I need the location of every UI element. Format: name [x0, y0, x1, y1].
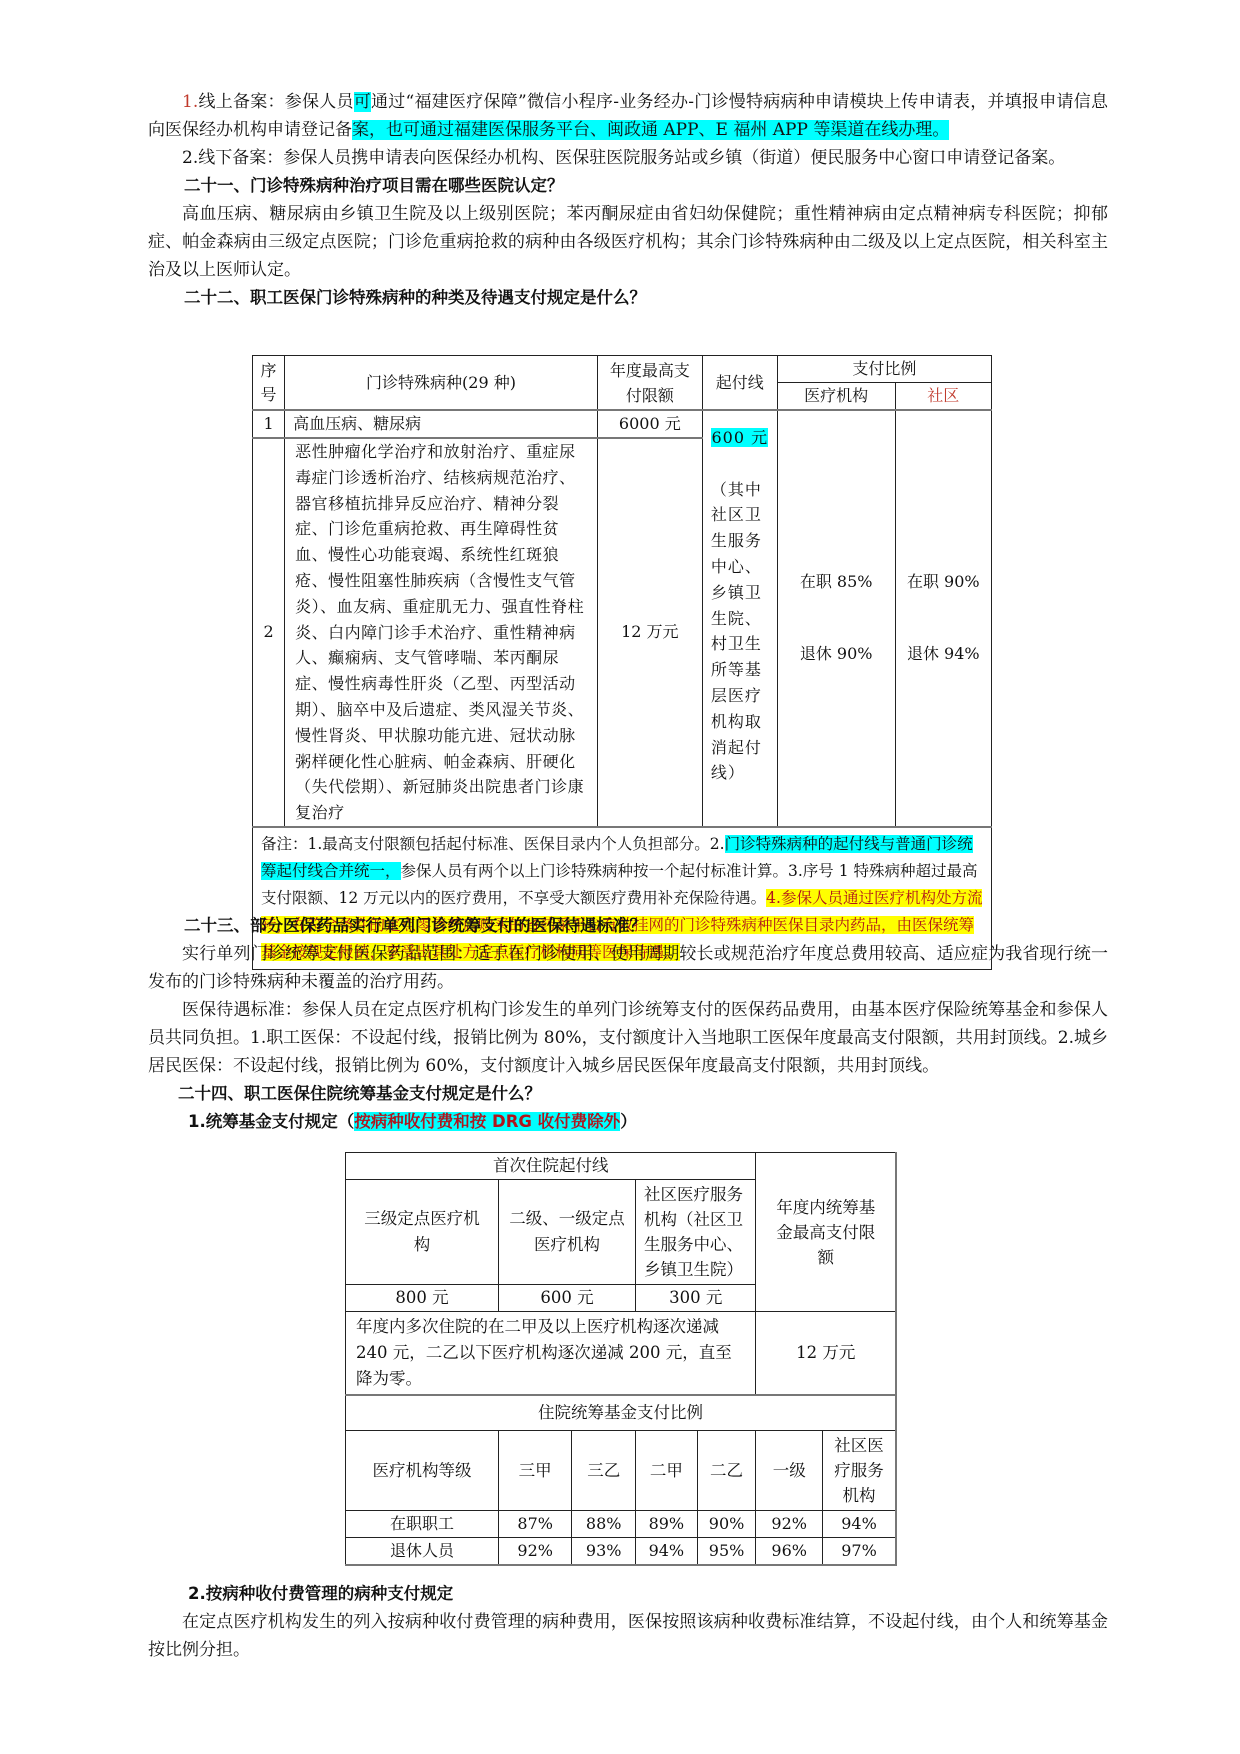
item-number: 1.	[182, 92, 198, 112]
section-24-sub-1: 1.统筹基金支付规定（按病种收付费和按 DRG 收付费除外）	[148, 1108, 1108, 1136]
grade-2a: 二甲	[636, 1431, 698, 1511]
pct-cell: 97%	[822, 1538, 896, 1566]
table-row: 退休人员 92% 93% 94% 95% 96% 97%	[346, 1538, 897, 1566]
document-page-middle: 二十三、部分医保药品实行单列门诊统筹支付的医保待遇标准？ 实行单列门诊统筹支付医…	[148, 912, 1108, 1136]
section-24-sub-2-body: 在定点医疗机构发生的列入按病种收付费管理的病种费用，医保按照该病种收费标准结算，…	[148, 1608, 1108, 1664]
section-23-para-1: 实行单列门诊统筹支付医保药品范围：适于在门诊使用、使用周期较长或规范治疗年度总费…	[148, 940, 1108, 996]
pct-cell: 95%	[697, 1538, 756, 1566]
community-ratio-cell: 在职 90% 退休 94%	[895, 410, 991, 827]
grade-community: 社区医疗服务机构	[822, 1431, 896, 1511]
threshold-community: 300 元	[636, 1285, 756, 1312]
medical-ratio-active: 在职 85%	[782, 569, 891, 595]
header-community: 社区	[895, 383, 991, 411]
grade-3a: 三甲	[498, 1431, 571, 1511]
online-filing-text: 线上备案：参保人员	[198, 92, 354, 112]
pct-cell: 89%	[636, 1511, 698, 1538]
section-21-body: 高血压病、糖尿病由乡镇卫生院及以上级别医院；苯丙酮尿症由省妇幼保健院；重性精神病…	[148, 200, 1108, 284]
first-threshold-header: 首次住院起付线	[346, 1153, 756, 1180]
header-seq: 序号	[253, 356, 285, 411]
special-disease-table: 序号 门诊特殊病种(29 种) 年度最高支付限额 起付线 支付比例 医疗机构 社…	[252, 355, 992, 970]
section-22-title: 二十二、职工医保门诊特殊病种的种类及待遇支付规定是什么？	[148, 284, 1108, 312]
header-disease: 门诊特殊病种(29 种)	[285, 356, 598, 411]
offline-filing-paragraph: 2.线下备案：参保人员携申请表向医保经办机构、医保驻医院服务站或乡镇（街道）便民…	[148, 144, 1108, 172]
note-part-1: 备注：1.最高支付限额包括起付标准、医保目录内个人负担部分。2.	[261, 835, 725, 853]
sub-1-pre: 1.统筹基金支付规定（	[188, 1112, 354, 1131]
row-disease-list: 恶性肿瘤化学治疗和放射治疗、重症尿毒症门诊透析治疗、结核病规范治疗、器官移植抗排…	[285, 438, 598, 827]
row-label: 在职职工	[346, 1511, 499, 1538]
pct-cell: 92%	[498, 1538, 571, 1566]
document-page-bottom: 2.按病种收付费管理的病种支付规定 在定点医疗机构发生的列入按病种收付费管理的病…	[148, 1580, 1108, 1664]
hospitalization-table: 首次住院起付线 年度内统筹基金最高支付限额 三级定点医疗机构 二级、一级定点医疗…	[345, 1152, 897, 1566]
section-23-title: 二十三、部分医保药品实行单列门诊统筹支付的医保待遇标准？	[148, 912, 1108, 940]
grade-1: 一级	[756, 1431, 823, 1511]
table-row: 在职职工 87% 88% 89% 90% 92% 94%	[346, 1511, 897, 1538]
pct-cell: 93%	[572, 1538, 636, 1566]
pct-cell: 87%	[498, 1511, 571, 1538]
level-tier-3: 三级定点医疗机构	[346, 1180, 499, 1285]
section-24-sub-2-title: 2.按病种收付费管理的病种支付规定	[148, 1580, 1108, 1608]
pct-cell: 94%	[822, 1511, 896, 1538]
section-21-title: 二十一、门诊特殊病种治疗项目需在哪些医院认定？	[148, 172, 1108, 200]
online-channels-highlight: 案，也可通过福建医保服务平台、闽政通 APP、E 福州 APP 等渠道在线办理。	[352, 120, 949, 140]
threshold-note: （其中社区卫生服务中心、乡镇卫生院、村卫生所等基层医疗机构取消起付线）	[707, 477, 773, 787]
level-community: 社区医疗服务机构（社区卫生服务中心、乡镇卫生院）	[636, 1180, 756, 1285]
section-23-para-2: 医保待遇标准：参保人员在定点医疗机构门诊发生的单列门诊统筹支付的医保药品费用，由…	[148, 996, 1108, 1080]
header-payment-ratio: 支付比例	[777, 356, 991, 383]
section-24-title: 二十四、职工医保住院统筹基金支付规定是什么？	[148, 1080, 1108, 1108]
threshold-tier-2-1: 600 元	[498, 1285, 635, 1312]
community-ratio-active: 在职 90%	[900, 569, 987, 595]
pct-cell: 94%	[636, 1538, 698, 1566]
threshold-tier-3: 800 元	[346, 1285, 499, 1312]
threshold-value: 600 元	[711, 428, 768, 447]
row-disease: 高血压病、糖尿病	[285, 410, 598, 438]
pct-cell: 90%	[697, 1511, 756, 1538]
annual-limit-value: 12 万元	[756, 1312, 896, 1396]
header-medical-institution: 医疗机构	[777, 383, 895, 411]
row-seq: 2	[253, 438, 285, 827]
row-limit: 6000 元	[597, 410, 702, 438]
annual-limit-header: 年度内统筹基金最高支付限额	[756, 1153, 896, 1312]
level-tier-2-1: 二级、一级定点医疗机构	[498, 1180, 635, 1285]
pct-cell: 96%	[756, 1538, 823, 1566]
pct-cell: 88%	[572, 1511, 636, 1538]
community-ratio-retired: 退休 94%	[900, 641, 987, 667]
sub-1-post: ）	[620, 1112, 637, 1131]
header-annual-limit: 年度最高支付限额	[597, 356, 702, 411]
threshold-cell: 600 元 （其中社区卫生服务中心、乡镇卫生院、村卫生所等基层医疗机构取消起付线…	[702, 410, 777, 827]
multi-stay-note: 年度内多次住院的在二甲及以上医疗机构逐次递减 240 元，二乙以下医疗机构逐次递…	[346, 1312, 756, 1396]
grade-2b: 二乙	[697, 1431, 756, 1511]
header-threshold: 起付线	[702, 356, 777, 411]
sub-1-highlight: 按病种收付费和按 DRG 收付费除外	[354, 1112, 620, 1131]
online-filing-paragraph: 1.线上备案：参保人员可通过“福建医疗保障”微信小程序-业务经办-门诊慢特病病种…	[148, 88, 1108, 144]
document-page: 1.线上备案：参保人员可通过“福建医疗保障”微信小程序-业务经办-门诊慢特病病种…	[148, 88, 1108, 312]
medical-ratio-cell: 在职 85% 退休 90%	[777, 410, 895, 827]
pct-cell: 92%	[756, 1511, 823, 1538]
medical-ratio-retired: 退休 90%	[782, 641, 891, 667]
highlight-char: 可	[354, 92, 371, 112]
row-limit: 12 万元	[597, 438, 702, 827]
row-label: 退休人员	[346, 1538, 499, 1566]
grade-label: 医疗机构等级	[346, 1431, 499, 1511]
ratio-header: 住院统筹基金支付比例	[346, 1395, 897, 1431]
row-seq: 1	[253, 410, 285, 438]
table-row: 1 高血压病、糖尿病 6000 元 600 元 （其中社区卫生服务中心、乡镇卫生…	[253, 410, 992, 438]
grade-3b: 三乙	[572, 1431, 636, 1511]
